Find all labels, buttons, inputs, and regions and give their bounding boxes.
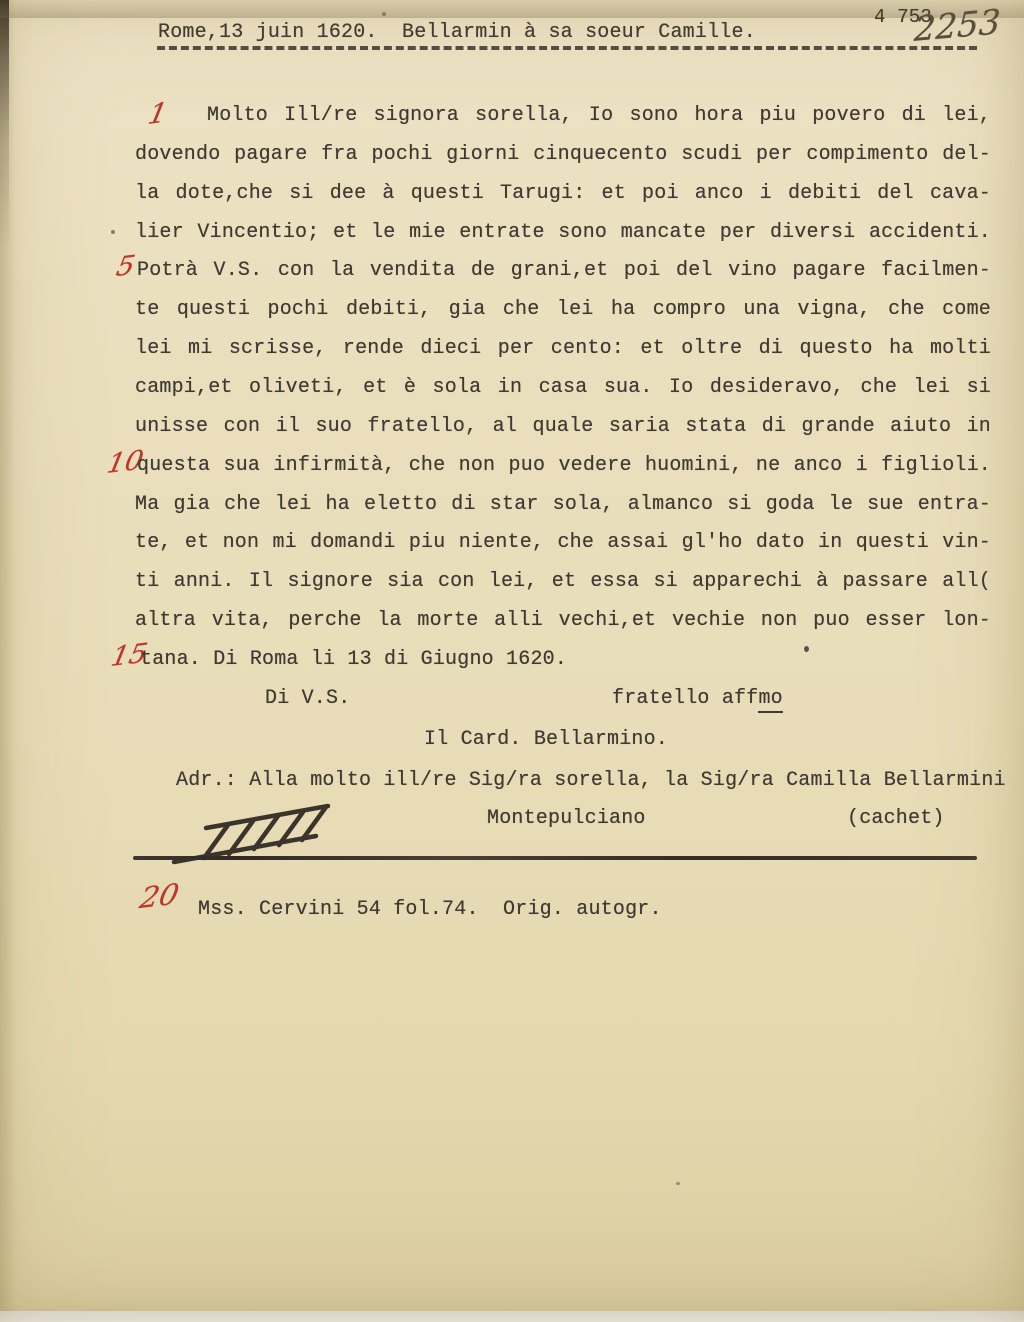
left-edge-shadow <box>0 0 9 250</box>
bottom-edge-shadow <box>0 0 1024 18</box>
ink-speck <box>382 12 386 16</box>
closing-sender: Di V.S. <box>265 686 350 712</box>
ink-speck <box>111 230 115 234</box>
footer-reference: Mss. Cervini 54 fol.74. Orig. autogr. <box>198 897 662 923</box>
body-line: te, et non mi domandi piu niente, che as… <box>135 530 991 556</box>
header-title: Rome,13 juin 1620. Bellarmin à sa soeur … <box>158 20 756 46</box>
handwritten-folio-number: 2253 <box>913 2 1001 50</box>
body-line: te questi pochi debiti, gia che lei ha c… <box>135 297 991 323</box>
scanner-background-strip <box>0 1311 1024 1322</box>
body-line: altra vita, perche la morte alli vechi,e… <box>135 608 991 634</box>
valediction-superscript: mo <box>758 687 782 713</box>
body-line: lei mi scrisse, rende dieci per cento: e… <box>135 336 991 362</box>
body-line: Ma gia che lei ha eletto di star sola, a… <box>135 492 991 518</box>
body-line: campi,et oliveti, et è sola in casa sua.… <box>135 375 991 401</box>
ink-speck <box>676 1182 680 1185</box>
body-line: la dote,che si dee à questi Tarugi: et p… <box>135 181 991 207</box>
address-place: Montepulciano <box>487 806 646 832</box>
margin-line-number-20: 20 <box>137 877 182 915</box>
seal-note: (cachet) <box>847 806 945 832</box>
body-line: Potrà V.S. con la vendita de grani,et po… <box>137 258 991 284</box>
body-line: unisse con il suo fratello, al quale sar… <box>135 414 991 440</box>
letter-scan-page: Rome,13 juin 1620. Bellarmin à sa soeur … <box>0 0 1024 1322</box>
body-line: ti anni. Il signore sia con lei, et essa… <box>135 569 991 595</box>
address-line: Adr.: Alla molto ill/re Sig/ra sorella, … <box>176 768 1006 794</box>
signature: Il Card. Bellarmino. <box>424 727 668 753</box>
ink-speck <box>804 646 809 652</box>
body-line: Molto Ill/re signora sorella, Io sono ho… <box>207 103 991 129</box>
margin-line-number-1: 1 <box>145 96 170 131</box>
closing-valediction: fratello affmo <box>612 686 783 712</box>
footer-rule-icon <box>133 856 977 860</box>
body-line: questa sua infirmità, che non puo vedere… <box>137 453 991 479</box>
body-line: lier Vincentio; et le mie entrate sono m… <box>135 220 991 246</box>
ladder-mark-icon <box>168 796 343 881</box>
valediction-text: fratello aff <box>612 687 758 710</box>
header-dashed-rule-icon <box>157 46 977 50</box>
body-line: dovendo pagare fra pochi giorni cinquece… <box>135 142 991 168</box>
body-line: tana. Di Roma li 13 di Giugno 1620. <box>140 647 567 673</box>
margin-line-number-5: 5 <box>114 250 138 283</box>
